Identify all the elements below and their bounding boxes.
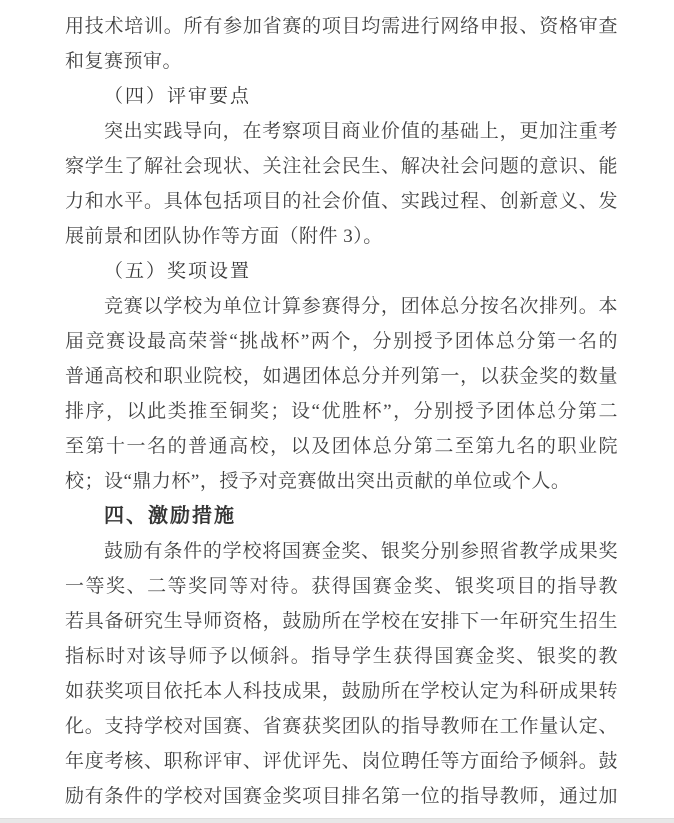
text-line: 至第十一名的普通高校，以及团体总分第二至第九名的职业院: [65, 429, 618, 464]
heading-award-settings: （五）奖项设置: [65, 254, 618, 289]
text-line: 竞赛以学校为单位计算参赛得分，团体总分按名次排列。本: [65, 289, 618, 324]
text-line: 普通高校和职业院校，如遇团体总分并列第一，以获金奖的数量: [65, 359, 618, 394]
text-line: 鼓励有条件的学校将国赛金奖、银奖分别参照省教学成果奖: [65, 534, 618, 569]
text-line: 如获奖项目依托本人科技成果，鼓励所在学校认定为科研成果转: [65, 674, 618, 709]
text-line: 力和水平。具体包括项目的社会价值、实践过程、创新意义、发: [65, 184, 618, 219]
document-text: 用技术培训。所有参加省赛的项目均需进行网络申报、资格审查 和复赛预审。 （四）评…: [65, 9, 618, 814]
text-line: 排序，以此类推至铜奖；设“优胜杯”，分别授予团体总分第二: [65, 394, 618, 429]
text-line: 和复赛预审。: [65, 44, 618, 79]
text-line: 察学生了解社会现状、关注社会民生、解决社会问题的意识、能: [65, 149, 618, 184]
text-line: 励有条件的学校对国赛金奖项目排名第一位的指导教师，通过加: [65, 779, 618, 814]
page-bottom-edge: [0, 818, 674, 823]
text-line: 指标时对该导师予以倾斜。指导学生获得国赛金奖、银奖的教师，: [65, 639, 618, 674]
heading-incentive-measures: 四、激励措施: [65, 499, 618, 534]
text-line: 一等奖、二等奖同等对待。获得国赛金奖、银奖项目的指导教师，: [65, 569, 618, 604]
heading-review-points: （四）评审要点: [65, 79, 618, 114]
text-line: 若具备研究生导师资格，鼓励所在学校在安排下一年研究生招生: [65, 604, 618, 639]
text-line: 突出实践导向，在考察项目商业价值的基础上，更加注重考: [65, 114, 618, 149]
document-page: 用技术培训。所有参加省赛的项目均需进行网络申报、资格审查 和复赛预审。 （四）评…: [0, 0, 674, 823]
text-line: 年度考核、职称评审、评优评先、岗位聘任等方面给予倾斜。鼓: [65, 744, 618, 779]
text-line: 届竞赛设最高荣誉“挑战杯”两个，分别授予团体总分第一名的: [65, 324, 618, 359]
text-line: 展前景和团队协作等方面（附件 3）。: [65, 219, 618, 254]
text-line: 化。支持学校对国赛、省赛获奖团队的指导教师在工作量认定、: [65, 709, 618, 744]
text-line: 校；设“鼎力杯”，授予对竞赛做出突出贡献的单位或个人。: [65, 464, 618, 499]
text-line: 用技术培训。所有参加省赛的项目均需进行网络申报、资格审查: [65, 9, 618, 44]
